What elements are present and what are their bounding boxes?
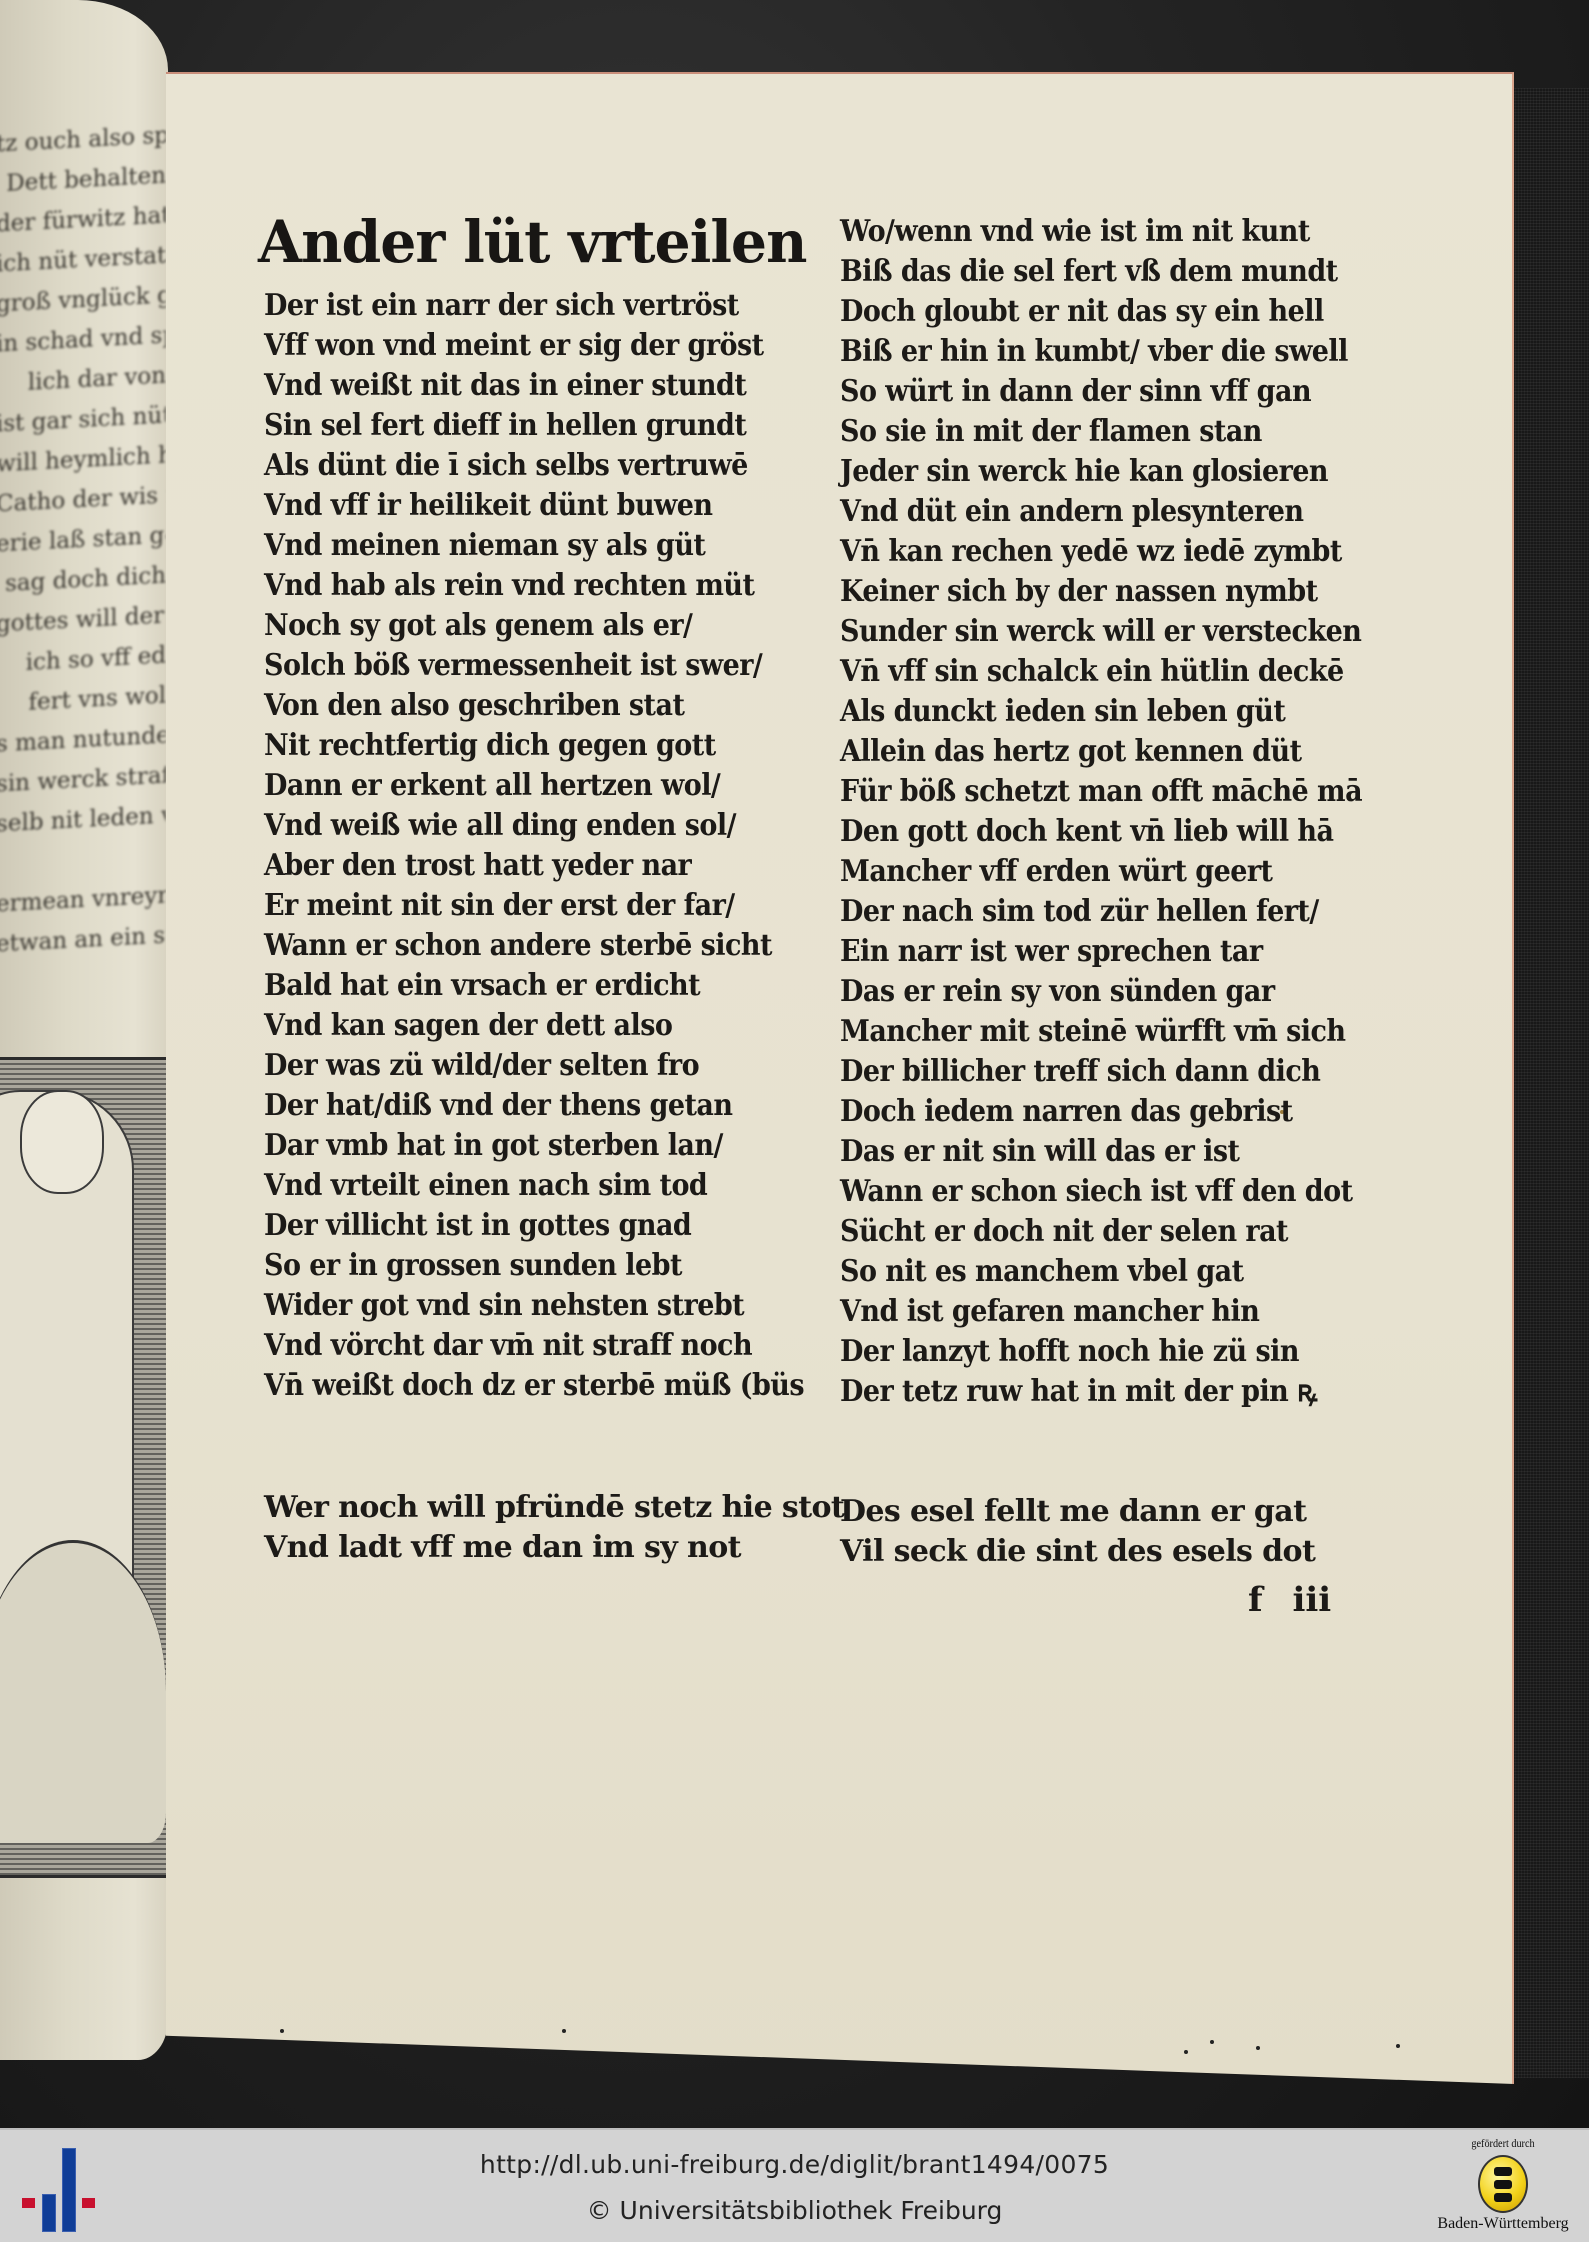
verse-line: Keiner sich by der nassen nymbt bbox=[840, 572, 1362, 612]
funder-name: Baden-Württemberg bbox=[1418, 2215, 1588, 2233]
verse-line: Vnd düt ein andern plesynteren bbox=[840, 492, 1362, 532]
verse-line: Nit rechtfertig dich gegen gott bbox=[264, 726, 804, 766]
page-speck bbox=[562, 2029, 566, 2033]
chapter-heading: Ander lüt vrteilen bbox=[258, 208, 806, 276]
verse-line: Dar vmb hat in got sterben lan/ bbox=[264, 1126, 804, 1166]
closing-verse-line: Wer noch will pfründē stetz hie stot bbox=[264, 1488, 844, 1528]
verse-line: So er in grossen sunden lebt bbox=[264, 1246, 804, 1286]
verse-line: Den gott doch kent vn̄ lieb will hā bbox=[840, 812, 1362, 852]
verse-line: Allein das hertz got kennen düt bbox=[840, 732, 1362, 772]
facing-page-line: etwan an ein stein bbox=[0, 916, 166, 965]
verse-line: Aber den trost hatt yeder nar bbox=[264, 846, 804, 886]
page-speck bbox=[1396, 2044, 1400, 2048]
closing-verse-left: Wer noch will pfründē stetz hie stotVnd … bbox=[264, 1488, 844, 1568]
verse-line: Vnd meinen nieman sy als güt bbox=[264, 526, 804, 566]
verse-line: Wider got vnd sin nehsten strebt bbox=[264, 1286, 804, 1326]
copyright-notice: © Universitätsbibliothek Freiburg bbox=[0, 2196, 1589, 2225]
closing-verse-right: Des esel fellt me dann er gatVil seck di… bbox=[840, 1492, 1315, 1572]
facing-page-text: tz ouch also spalsēDett behaltender fürw… bbox=[0, 116, 166, 965]
signature-mark: f iii bbox=[1248, 1580, 1331, 1620]
verse-line: Der was zü wild/der selten fro bbox=[264, 1046, 804, 1086]
verse-line: Er meint nit sin der erst der far/ bbox=[264, 886, 804, 926]
verse-line: Vnd vrteilt einen nach sim tod bbox=[264, 1166, 804, 1206]
page-speck bbox=[1210, 2040, 1214, 2044]
verse-line: So nit es manchem vbel gat bbox=[840, 1252, 1362, 1292]
woodcut-illustration bbox=[0, 1057, 168, 1878]
verse-line: Der nach sim tod zür hellen fert/ bbox=[840, 892, 1362, 932]
verse-line: Wo/wenn vnd wie ist im nit kunt bbox=[840, 212, 1362, 252]
verse-line: Der villicht ist in gottes gnad bbox=[264, 1206, 804, 1246]
verse-line: Ein narr ist wer sprechen tar bbox=[840, 932, 1362, 972]
baden-wuerttemberg-crest-icon bbox=[1478, 2155, 1528, 2213]
woodcut-robe bbox=[0, 1540, 166, 1843]
verse-line: Der lanzyt hofft noch hie zü sin bbox=[840, 1332, 1362, 1372]
verse-line: Von den also geschriben stat bbox=[264, 686, 804, 726]
verse-line: Biß er hin in kumbt/ vber die swell bbox=[840, 332, 1362, 372]
verse-line: Als dunckt ieden sin leben güt bbox=[840, 692, 1362, 732]
verse-line: Der hat/diß vnd der thens getan bbox=[264, 1086, 804, 1126]
funder-badge[interactable]: gefördert durch Baden-Württemberg bbox=[1418, 2136, 1588, 2240]
verse-line: Wann er schon andere sterbē sicht bbox=[264, 926, 804, 966]
page-speck bbox=[1256, 2046, 1260, 2050]
crest-lion bbox=[1494, 2180, 1512, 2189]
verse-line: Vnd vff ir heilikeit dünt buwen bbox=[264, 486, 804, 526]
verse-line: So sie in mit der flamen stan bbox=[840, 412, 1362, 452]
verse-line: Vnd weißt nit das in einer stundt bbox=[264, 366, 804, 406]
verse-line: Noch sy got als genem als er/ bbox=[264, 606, 804, 646]
verse-line: Vnd kan sagen der dett also bbox=[264, 1006, 804, 1046]
text-column-right: Wo/wenn vnd wie ist im nit kuntBiß das d… bbox=[840, 212, 1420, 1412]
verse-line: Biß das die sel fert vß dem mundt bbox=[840, 252, 1362, 292]
verse-line: Solch böß vermessenheit ist swer/ bbox=[264, 646, 804, 686]
verse-line: Wann er schon siech ist vff den dot bbox=[840, 1172, 1362, 1212]
closing-verse-line: Vil seck die sint des esels dot bbox=[840, 1532, 1315, 1572]
page-speck bbox=[280, 2029, 284, 2033]
verse-line: Mancher mit steinē würfft vm̄ sich bbox=[840, 1012, 1362, 1052]
crest-lion bbox=[1494, 2167, 1512, 2176]
verse-line: Bald hat ein vrsach er erdicht bbox=[264, 966, 804, 1006]
verse-line: Vnd vörcht dar vm̄ nit straff noch bbox=[264, 1326, 804, 1366]
verse-line: Vnd ist gefaren mancher hin bbox=[840, 1292, 1362, 1332]
verse-line: Mancher vff erden würt geert bbox=[840, 852, 1362, 892]
facing-page-left: tz ouch also spalsēDett behaltender fürw… bbox=[0, 0, 168, 2060]
book-cover-cloth bbox=[1512, 88, 1589, 2078]
verse-line: Doch iedem narren das gebrist bbox=[840, 1092, 1362, 1132]
viewer-footer: http://dl.ub.uni-freiburg.de/diglit/bran… bbox=[0, 2128, 1589, 2242]
verse-line: Dann er erkent all hertzen wol/ bbox=[264, 766, 804, 806]
verse-line: Der billicher treff sich dann dich bbox=[840, 1052, 1362, 1092]
verse-line: Vff won vnd meint er sig der gröst bbox=[264, 326, 804, 366]
verse-line: Der ist ein narr der sich vertröst bbox=[264, 286, 804, 326]
verse-line: Vnd hab als rein vnd rechten müt bbox=[264, 566, 804, 606]
verse-line: Vn̄ vff sin schalck ein hütlin deckē bbox=[840, 652, 1362, 692]
woodcut-figure-head bbox=[20, 1090, 104, 1194]
crest-lion bbox=[1494, 2193, 1512, 2202]
verse-line: Für böß schetzt man offt māchē mā bbox=[840, 772, 1362, 812]
verse-line: Vn̄ kan rechen yedē wz iedē zymbt bbox=[840, 532, 1362, 572]
verse-line: Als dünt die ī sich selbs vertruwē bbox=[264, 446, 804, 486]
verse-line: Sücht er doch nit der selen rat bbox=[840, 1212, 1362, 1252]
verse-line: Das er rein sy von sünden gar bbox=[840, 972, 1362, 1012]
verse-line: Sunder sin werck will er verstecken bbox=[840, 612, 1362, 652]
verse-line: Das er nit sin will das er ist bbox=[840, 1132, 1362, 1172]
closing-verse-line: Vnd ladt vff me dan im sy not bbox=[264, 1528, 844, 1568]
verse-line: Vnd weiß wie all ding enden sol/ bbox=[264, 806, 804, 846]
verse-line: Doch gloubt er nit das sy ein hell bbox=[840, 292, 1362, 332]
page-speck bbox=[1184, 2050, 1188, 2054]
verse-line: So würt in dann der sinn vff gan bbox=[840, 372, 1362, 412]
verse-line: Jeder sin werck hie kan glosieren bbox=[840, 452, 1362, 492]
permalink-url[interactable]: http://dl.ub.uni-freiburg.de/diglit/bran… bbox=[0, 2150, 1589, 2179]
verse-line: Sin sel fert dieff in hellen grundt bbox=[264, 406, 804, 446]
verse-line: Der tetz ruw hat in mit der pin ꝶ bbox=[840, 1372, 1362, 1412]
closing-verse-line: Des esel fellt me dann er gat bbox=[840, 1492, 1315, 1532]
verse-line: Vn̄ weißt doch dz er sterbē müß (büs bbox=[264, 1366, 804, 1406]
text-column-left: Der ist ein narr der sich vertröstVff wo… bbox=[264, 286, 864, 1406]
funder-label: gefördert durch bbox=[1431, 2136, 1576, 2151]
